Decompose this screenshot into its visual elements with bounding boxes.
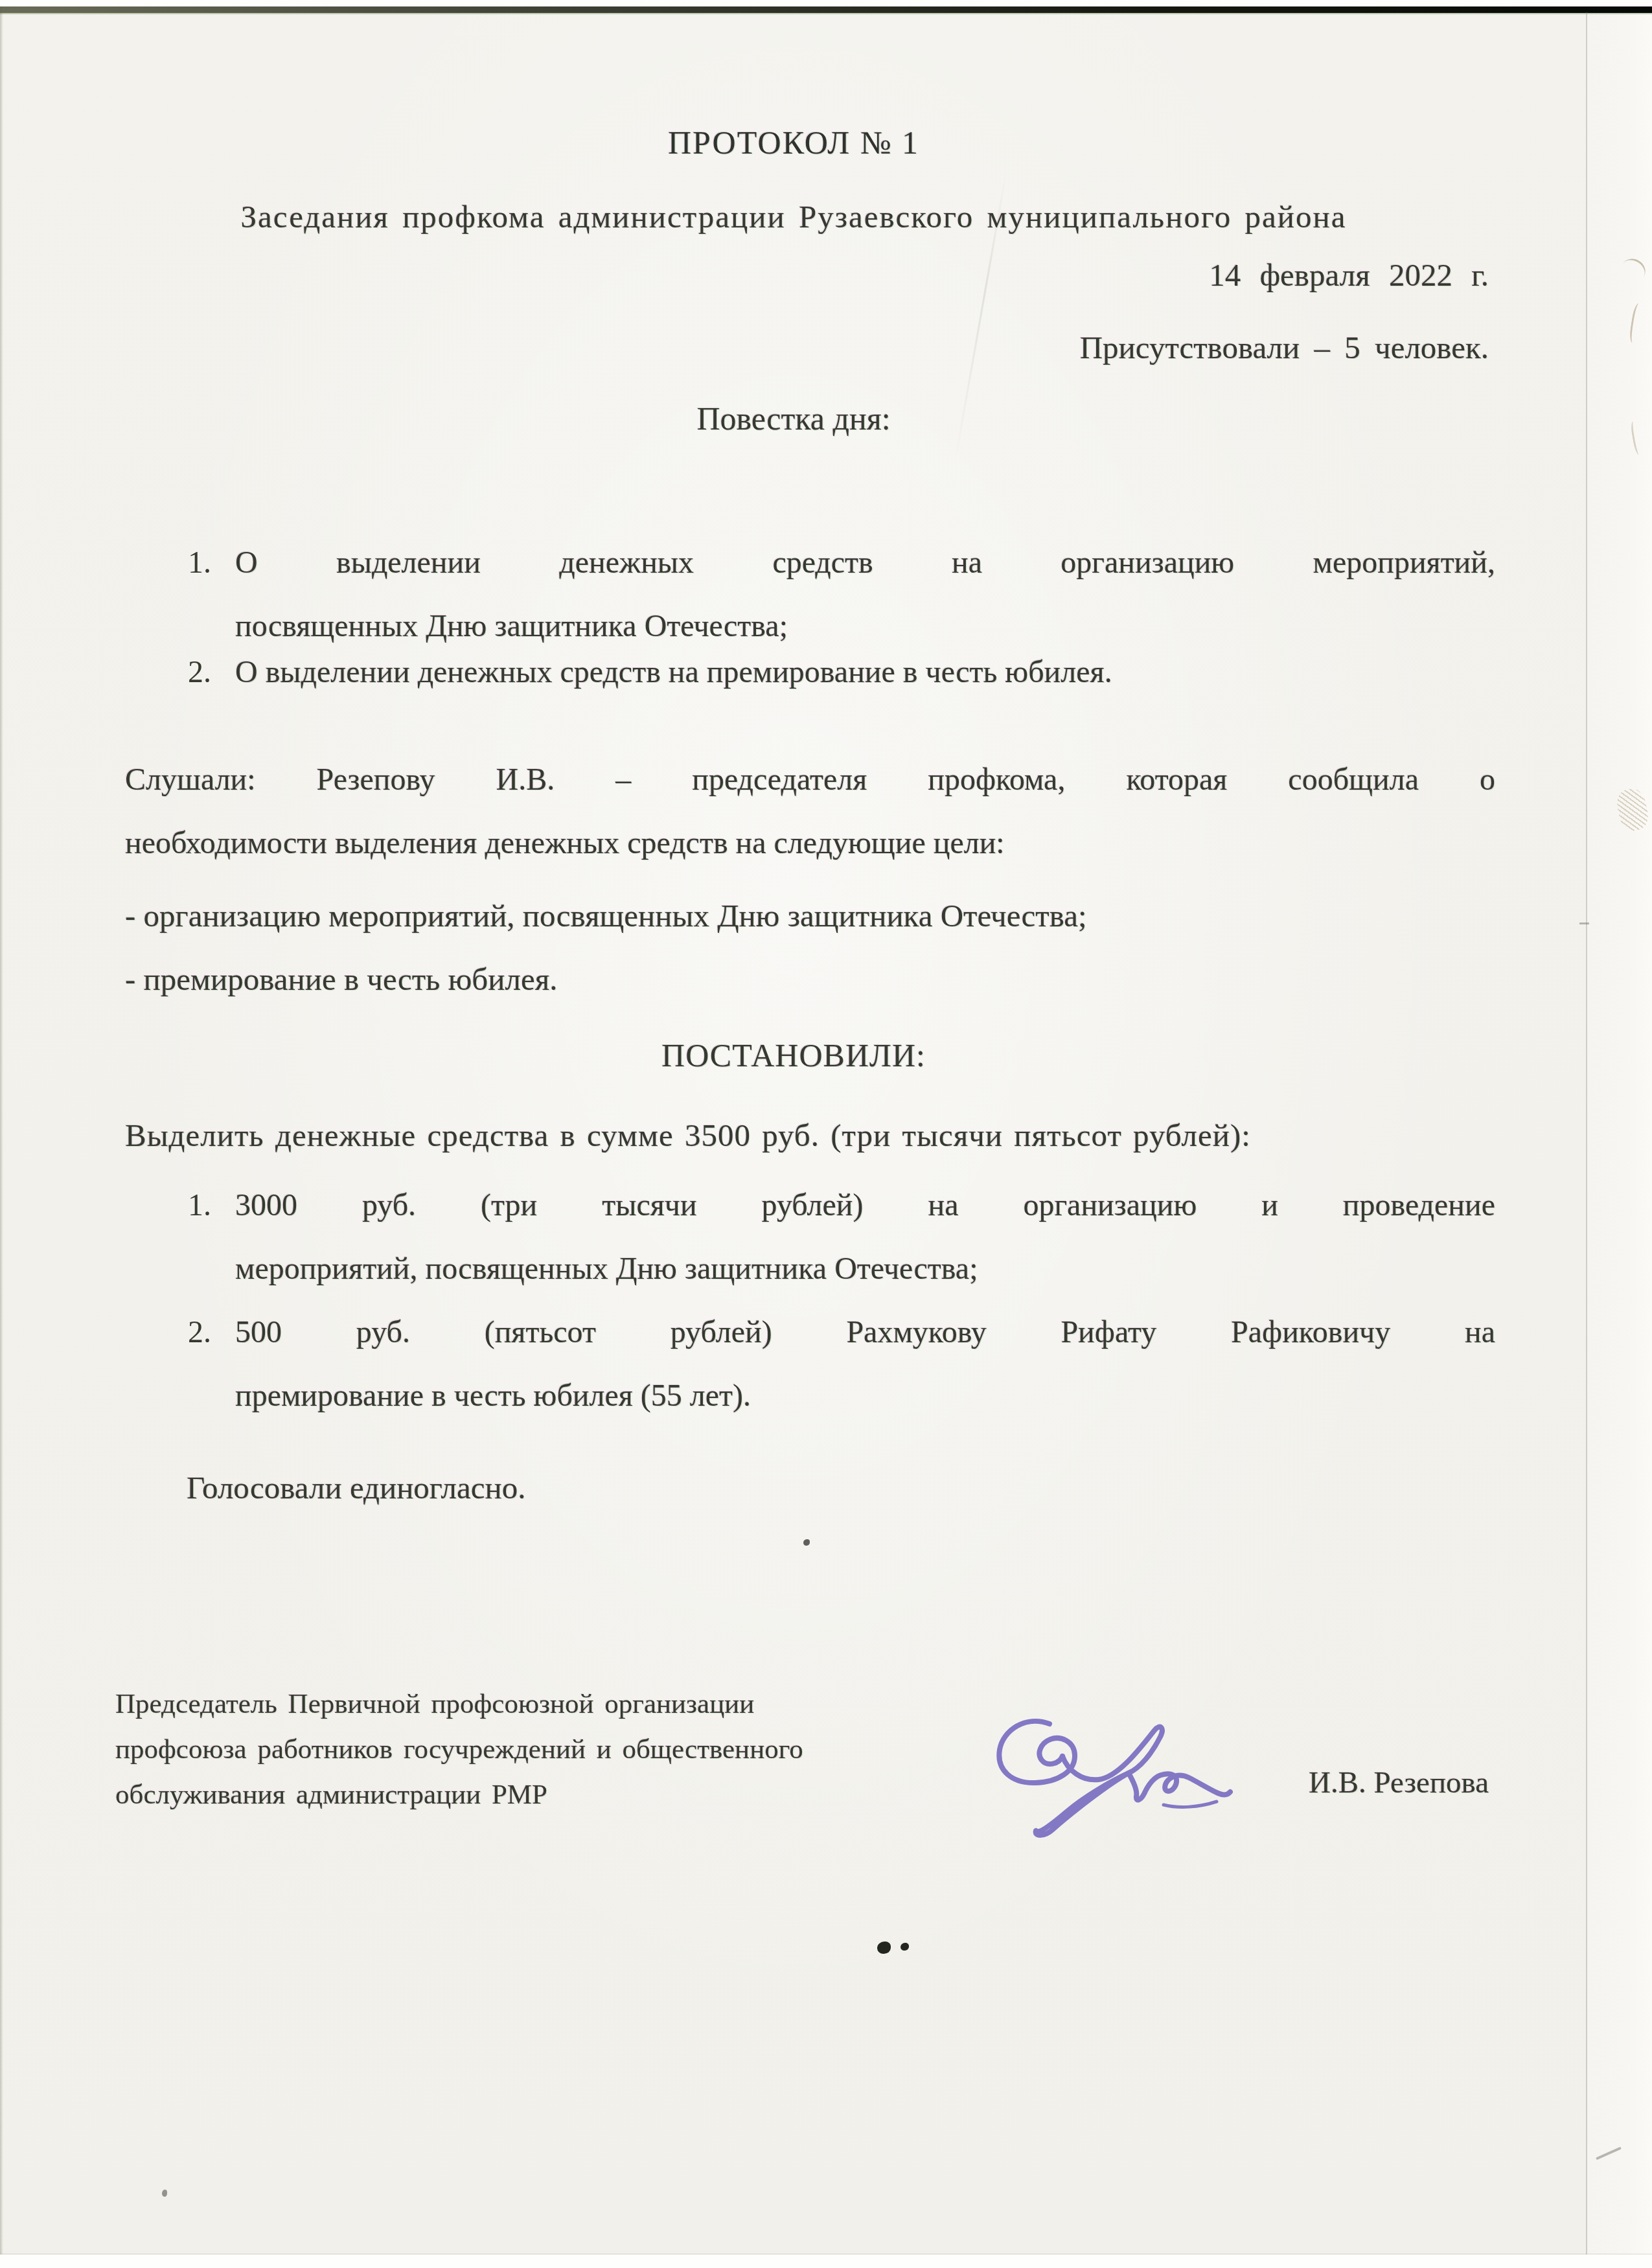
signature-ink-tail — [1164, 1802, 1217, 1807]
page-subtitle: Заседания профкома администрации Рузаевс… — [0, 198, 1587, 236]
agenda-heading: Повестка дня: — [0, 399, 1587, 438]
vote-line: Голосовали единогласно. — [187, 1469, 525, 1507]
paper-right-edge-seam — [1586, 12, 1587, 2254]
heard-line-2: необходимости выделения денежных средств… — [125, 812, 1495, 875]
ink-speck-right — [901, 1943, 909, 1951]
resolution-item-2-line-1: 500 руб. (пятьсот рублей) Рахмукову Рифа… — [235, 1301, 1495, 1364]
resolution-item-1-number: 1. — [188, 1174, 211, 1237]
purpose-line-2: - премирование в честь юбилея. — [125, 961, 557, 999]
resolution-item-1-line-1: 3000 руб. (три тысячи рублей) на организ… — [235, 1174, 1495, 1237]
scanner-edge-bottom-gap — [0, 2254, 1652, 2268]
purpose-line-1: - организацию мероприятий, посвященных Д… — [125, 897, 1087, 935]
resolution-item-2: 2. 500 руб. (пятьсот рублей) Рахмукову Р… — [188, 1301, 1495, 1428]
heard-line-1: Слушали: Резепову И.В. – председателя пр… — [125, 748, 1495, 812]
scanner-edge-top-gap — [0, 0, 1652, 6]
scanner-dash-mark — [1579, 922, 1589, 924]
ink-speck-left — [877, 1942, 891, 1954]
resolution-item-2-number: 2. — [188, 1301, 211, 1364]
resolution-item-2-line-2: премирование в честь юбилея (55 лет). — [235, 1364, 1495, 1428]
resolved-intro: Выделить денежные средства в сумме 3500 … — [125, 1117, 1251, 1155]
agenda-item-1-number: 1. — [188, 531, 211, 595]
agenda-item-2-number: 2. — [188, 641, 211, 704]
signature-ink-loop-c — [999, 1721, 1075, 1783]
resolved-heading: ПОСТАНОВИЛИ: — [0, 1036, 1587, 1075]
signature-ink-zigzag — [1129, 1773, 1230, 1800]
scanner-right-margin — [1587, 6, 1652, 2254]
signatory-name: И.В. Резепова — [0, 1765, 1489, 1801]
signature-title-line-1: Председатель Первичной профсоюзной орган… — [115, 1682, 1069, 1727]
agenda-item-2: 2. О выделении денежных средств на преми… — [188, 641, 1495, 704]
ink-speck-small — [803, 1539, 810, 1546]
dust-speck-bottom — [162, 2190, 167, 2197]
resolution-item-1: 1. 3000 руб. (три тысячи рублей) на орга… — [188, 1174, 1495, 1301]
scanned-protocol-page: ПРОТОКОЛ № 1 Заседания профкома админист… — [0, 0, 1652, 2268]
agenda-item-2-line-1: О выделении денежных средств на премиров… — [235, 641, 1495, 704]
resolution-item-1-line-2: мероприятий, посвященных Дню защитника О… — [235, 1237, 1495, 1301]
attendees-line: Присутствовали – 5 человек. — [0, 329, 1489, 367]
agenda-item-1-line-1: О выделении денежных средств на организа… — [235, 531, 1495, 595]
page-title: ПРОТОКОЛ № 1 — [0, 123, 1587, 162]
signature-ink — [990, 1713, 1236, 1866]
heard-paragraph: Слушали: Резепову И.В. – председателя пр… — [125, 748, 1495, 875]
scanner-edge-top-band — [0, 6, 1652, 13]
agenda-item-1: 1. О выделении денежных средств на орган… — [188, 531, 1495, 658]
date-line: 14 февраля 2022 г. — [0, 257, 1489, 295]
